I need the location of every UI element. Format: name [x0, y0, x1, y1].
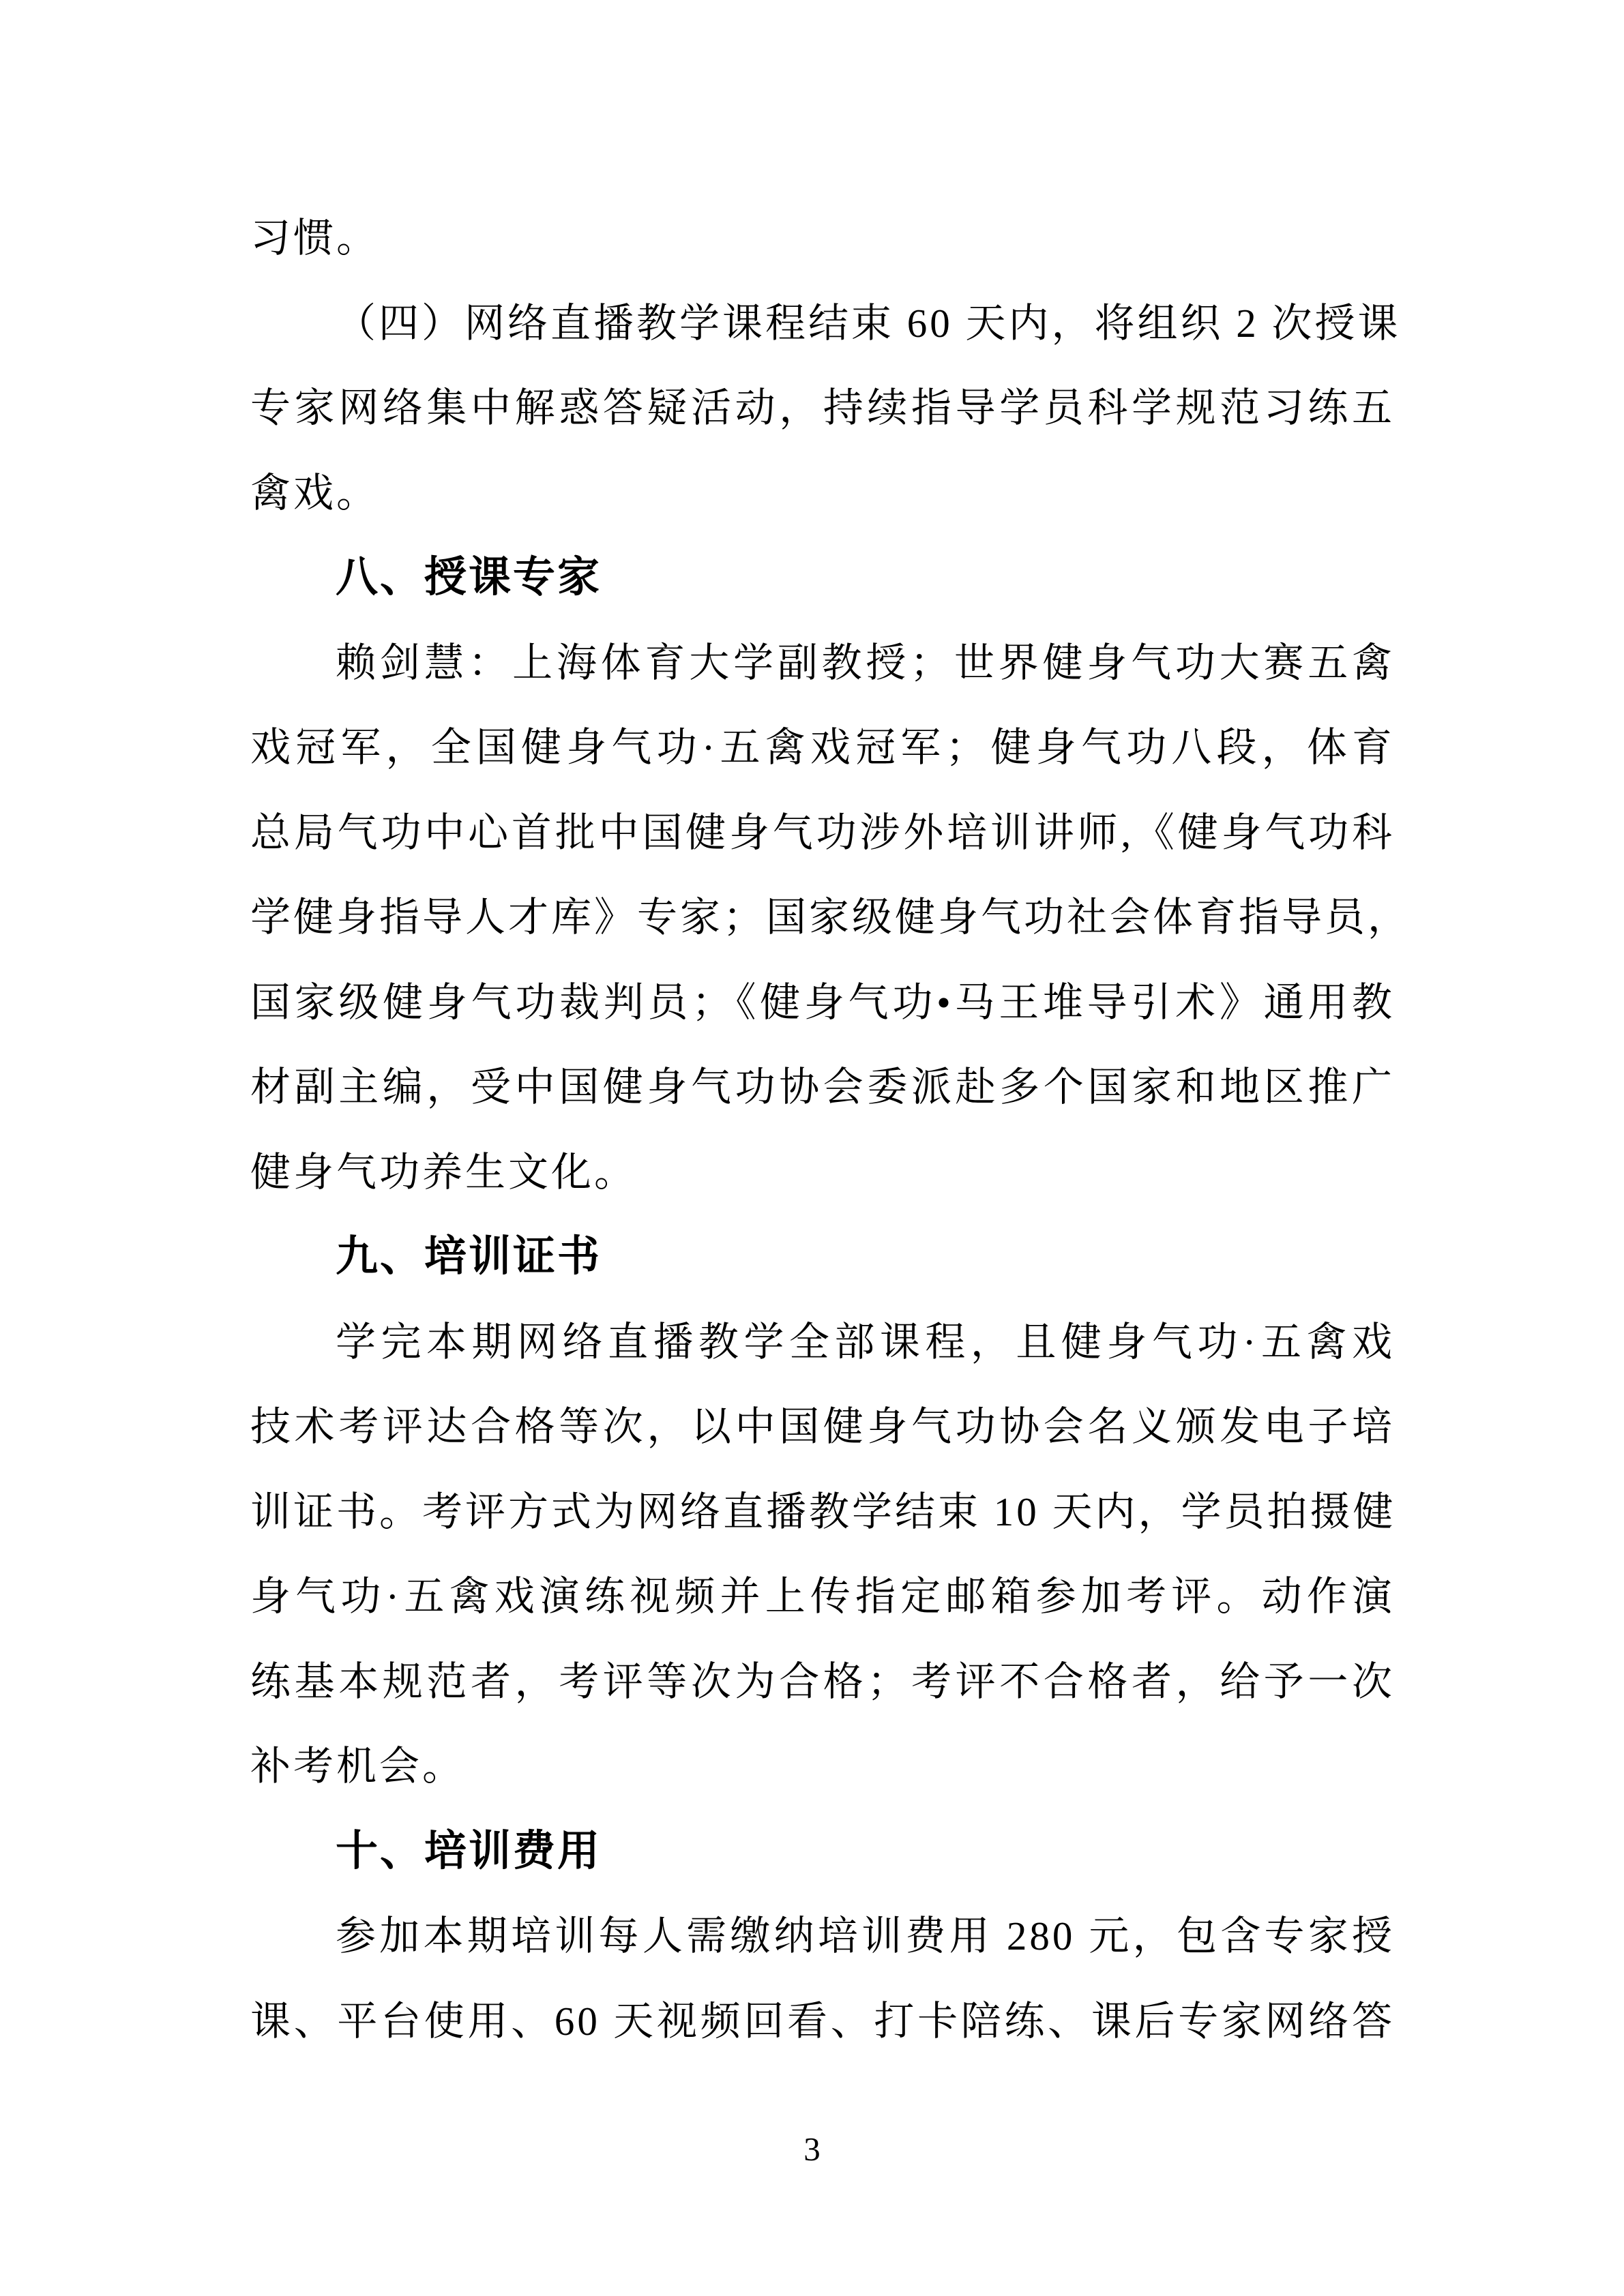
text-line: 练基本规范者，考评等次为合格；考评不合格者，给予一次: [250, 1639, 1395, 1725]
text-line: 材副主编，受中国健身气功协会委派赴多个国家和地区推广: [250, 1045, 1395, 1130]
text-line: 补考机会。: [250, 1724, 1395, 1809]
text-line: 戏冠军，全国健身气功·五禽戏冠军；健身气功八段，体育: [250, 705, 1395, 790]
text-line: 身气功·五禽戏演练视频并上传指定邮箱参加考评。动作演: [250, 1554, 1395, 1639]
text-line: 专家网络集中解惑答疑活动，持续指导学员科学规范习练五: [250, 366, 1395, 451]
text-line: 健身气功养生文化。: [250, 1130, 1395, 1215]
heading-instructors: 八、授课专家: [250, 535, 1395, 621]
text-line: 赖剑慧：上海体育大学副教授；世界健身气功大赛五禽: [250, 621, 1395, 706]
text-line: 习惯。: [250, 196, 1395, 281]
heading-certificate: 九、培训证书: [250, 1214, 1395, 1300]
page-number: 3: [0, 2129, 1624, 2170]
text-line: 训证书。考评方式为网络直播教学结束 10 天内，学员拍摄健: [250, 1470, 1395, 1555]
text-line: （四）网络直播教学课程结束 60 天内，将组织 2 次授课: [250, 281, 1395, 366]
text-line: 参加本期培训每人需缴纳培训费用 280 元，包含专家授: [250, 1894, 1395, 1979]
text-line: 学健身指导人才库》专家；国家级健身气功社会体育指导员，: [250, 875, 1395, 960]
text-line: 禽戏。: [250, 451, 1395, 536]
text-line: 国家级健身气功裁判员；《健身气功•马王堆导引术》通用教: [250, 960, 1395, 1045]
text-line: 课、平台使用、60 天视频回看、打卡陪练、课后专家网络答: [250, 1979, 1395, 2064]
heading-fee: 十、培训费用: [250, 1809, 1395, 1894]
document-page: 习惯。 （四）网络直播教学课程结束 60 天内，将组织 2 次授课 专家网络集中…: [0, 0, 1624, 2296]
document-body: 习惯。 （四）网络直播教学课程结束 60 天内，将组织 2 次授课 专家网络集中…: [250, 196, 1395, 2063]
text-line: 技术考评达合格等次，以中国健身气功协会名义颁发电子培: [250, 1384, 1395, 1470]
text-line: 学完本期网络直播教学全部课程，且健身气功·五禽戏: [250, 1300, 1395, 1385]
text-line: 总局气功中心首批中国健身气功涉外培训讲师,《健身气功科: [250, 790, 1395, 876]
